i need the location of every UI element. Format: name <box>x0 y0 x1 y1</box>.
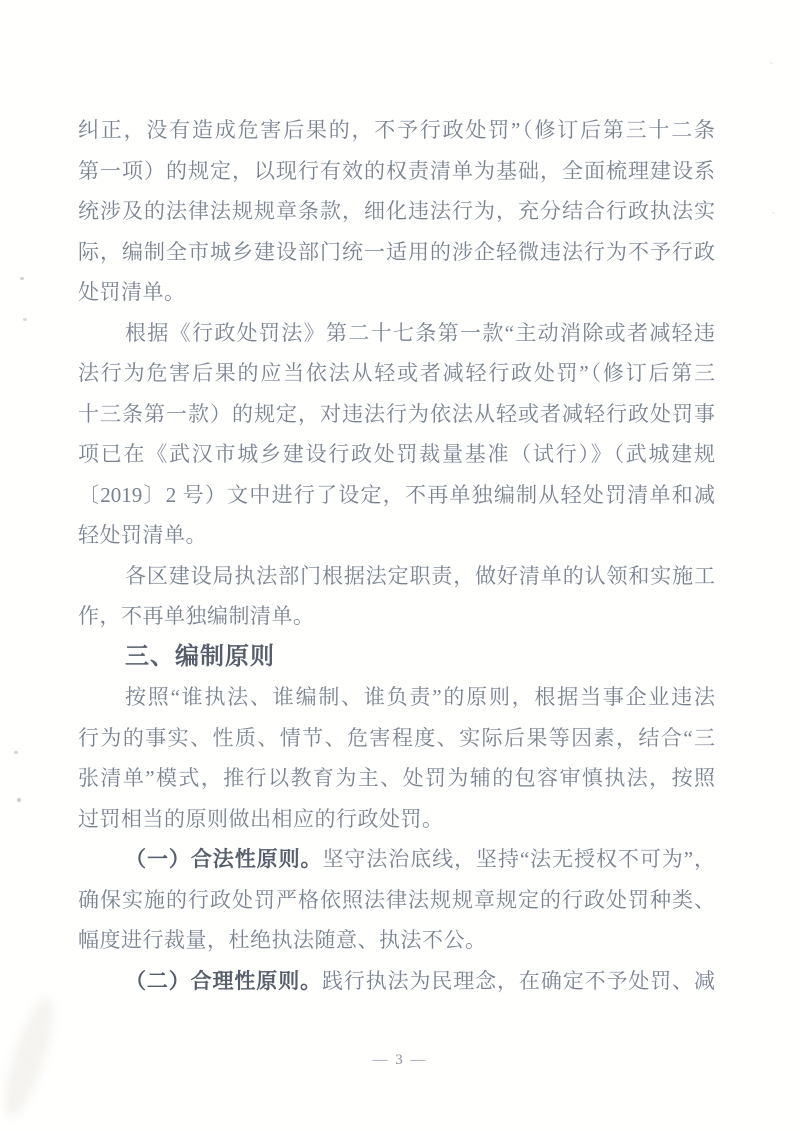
text-line: 作，不再单独编制清单。 <box>78 596 715 637</box>
text-line: 行为的事实、性质、情节、危害程度、实际后果等因素，结合“三 <box>78 718 715 759</box>
page-number: — 3 — <box>0 1048 800 1072</box>
document-page: 纠正，没有造成危害后果的，不予行政处罚”（修订后第三十二条第一项）的规定，以现行… <box>0 0 800 1131</box>
text-line: 过罚相当的原则做出相应的行政处罚。 <box>78 799 715 840</box>
scan-speck <box>770 62 773 64</box>
text-line: 各区建设局执法部门根据法定职责，做好清单的认领和实施工 <box>78 556 715 597</box>
text-line: 统涉及的法律法规规章条款，细化违法行为，充分结合行政执法实 <box>78 191 715 232</box>
text-line: 项已在《武汉市城乡建设行政处罚裁量基准（试行）》（武城建规 <box>78 434 715 475</box>
line-bold-lead: （一）合法性原则。 <box>125 848 322 871</box>
text-line: 际，编制全市城乡建设部门统一适用的涉企轻微违法行为不予行政 <box>78 232 715 273</box>
scan-speck <box>17 798 21 802</box>
line-bold-lead: （二）合理性原则。 <box>125 970 322 993</box>
document-body: 纠正，没有造成危害后果的，不予行政处罚”（修订后第三十二条第一项）的规定，以现行… <box>78 110 715 1001</box>
scan-speck <box>20 277 24 280</box>
text-line: （一）合法性原则。坚守法治底线，坚持“法无授权不可为”， <box>78 839 715 880</box>
text-line: （二）合理性原则。践行执法为民理念，在确定不予处罚、减 <box>78 961 715 1002</box>
text-line: 纠正，没有造成危害后果的，不予行政处罚”（修订后第三十二条 <box>78 110 715 151</box>
section-heading: 三、编制原则 <box>78 637 715 678</box>
text-line: 处罚清单。 <box>78 272 715 313</box>
text-line: 轻处罚清单。 <box>78 515 715 556</box>
text-line: 〔2019〕2 号）文中进行了设定，不再单独编制从轻处罚清单和减 <box>78 475 715 516</box>
text-line: 确保实施的行政处罚严格依照法律法规规章规定的行政处罚种类、 <box>78 880 715 921</box>
text-line: 十三条第一款）的规定，对违法行为依法从轻或者减轻行政处罚事 <box>78 394 715 435</box>
text-line: 法行为危害后果的应当依法从轻或者减轻行政处罚”（修订后第三 <box>78 353 715 394</box>
scan-speck <box>14 751 18 754</box>
scan-speck <box>23 318 27 321</box>
text-line: 根据《行政处罚法》第二十七条第一款“主动消除或者减轻违 <box>78 313 715 354</box>
text-line: 幅度进行裁量，杜绝执法随意、执法不公。 <box>78 920 715 961</box>
text-line: 第一项）的规定，以现行有效的权责清单为基础，全面梳理建设系 <box>78 151 715 192</box>
text-line: 按照“谁执法、谁编制、谁负责”的原则，根据当事企业违法 <box>78 677 715 718</box>
scan-speck <box>772 212 775 214</box>
text-line: 张清单”模式，推行以教育为主、处罚为辅的包容审慎执法，按照 <box>78 758 715 799</box>
